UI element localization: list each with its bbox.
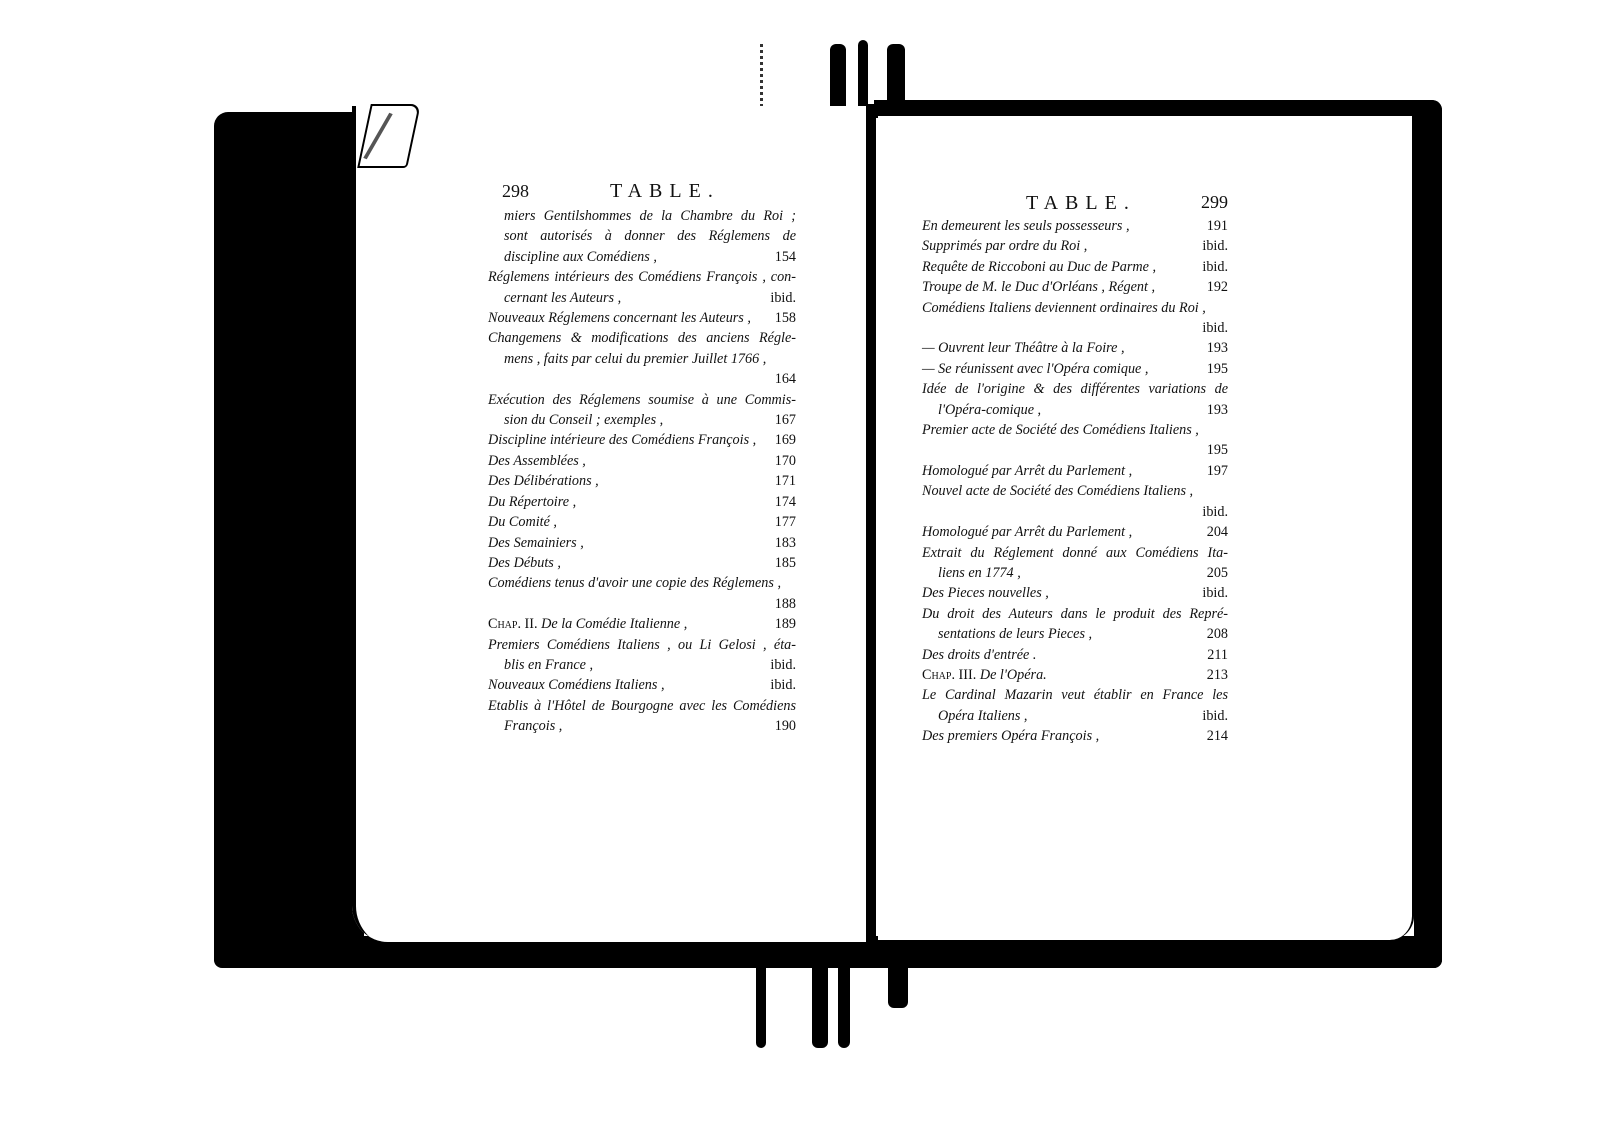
toc-page-number: ibid. — [770, 288, 796, 308]
toc-entry-text: Exécution des Réglemens soumise à une Co… — [488, 390, 796, 410]
toc-page-number: 174 — [775, 492, 796, 512]
toc-page-number: 205 — [1207, 563, 1228, 583]
toc-entry: Des Pieces nouvelles ,ibid. — [922, 583, 1228, 603]
toc-entry: Des Assemblées ,170 — [488, 451, 796, 471]
toc-page-number: ibid. — [1202, 257, 1228, 277]
toc-entry-text: Nouvel acte de Société des Comédiens Ita… — [922, 481, 1228, 501]
book-cover-right-edge — [1414, 100, 1442, 968]
toc-entry-text: Du droit des Auteurs dans le produit des… — [922, 604, 1228, 624]
ribbon-tab-top-3 — [887, 44, 905, 106]
chapter-label: Chap. III. — [922, 667, 980, 683]
toc-page-number: 167 — [775, 410, 796, 430]
toc-entry: Changemens & modifications des anciens R… — [488, 328, 796, 389]
right-table-of-contents: En demeurent les seuls possesseurs ,191S… — [922, 216, 1228, 747]
toc-entry-text: Chap. II. De la Comédie Italienne ,189 — [488, 614, 796, 634]
toc-entry-text: Nouveaux Réglemens concernant les Auteur… — [488, 308, 796, 328]
toc-entry-text: Du Répertoire ,174 — [488, 492, 796, 512]
toc-page-number: 191 — [1207, 216, 1228, 236]
toc-entry: Des Semainiers ,183 — [488, 533, 796, 553]
toc-entry: Comédiens Italiens deviennent ordinaires… — [922, 298, 1228, 339]
toc-page-number: 213 — [1207, 665, 1228, 685]
toc-entry: Des droits d'entrée .211 — [922, 645, 1228, 665]
toc-entry-text: Des premiers Opéra François ,214 — [922, 726, 1228, 746]
toc-page-number: 211 — [1207, 645, 1228, 665]
toc-entry-text: Homologué par Arrêt du Parlement ,204 — [922, 522, 1228, 542]
toc-entry-text: Extrait du Réglement donné aux Comédiens… — [922, 543, 1228, 563]
toc-entry-text: Des droits d'entrée .211 — [922, 645, 1228, 665]
book-gutter — [866, 104, 876, 952]
toc-page-number: 214 — [1207, 726, 1228, 746]
toc-entry-text: Chap. III. De l'Opéra.213 — [922, 665, 1228, 685]
toc-entry-text: Des Assemblées ,170 — [488, 451, 796, 471]
toc-entry: Des premiers Opéra François ,214 — [922, 726, 1228, 746]
toc-entry-text: — Se réunissent avec l'Opéra comique ,19… — [922, 359, 1228, 379]
toc-entry: Etablis à l'Hôtel de Bourgogne avec les … — [488, 696, 796, 737]
toc-page-number: 193 — [1207, 400, 1228, 420]
toc-entry: Supprimés par ordre du Roi ,ibid. — [922, 236, 1228, 256]
toc-page-number: 208 — [1207, 624, 1228, 644]
toc-entry: Nouveaux Réglemens concernant les Auteur… — [488, 308, 796, 328]
toc-entry-text: Des Délibérations ,171 — [488, 471, 796, 491]
toc-entry: Le Cardinal Mazarin veut établir en Fran… — [922, 685, 1228, 726]
toc-entry-text: Premier acte de Société des Comédiens It… — [922, 420, 1228, 440]
toc-page-number: ibid. — [1202, 583, 1228, 603]
toc-entry-text: François ,190 — [488, 716, 796, 736]
toc-entry-text: Idée de l'origine & des différentes vari… — [922, 379, 1228, 399]
toc-entry: En demeurent les seuls possesseurs ,191 — [922, 216, 1228, 236]
toc-entry-text: Homologué par Arrêt du Parlement ,197 — [922, 461, 1228, 481]
toc-page-number: 190 — [775, 716, 796, 736]
toc-entry-text: miers Gentilshommes de la Chambre du Roi… — [488, 206, 796, 226]
toc-page-number: 193 — [1207, 338, 1228, 358]
scan-artifact-dots — [760, 44, 763, 106]
toc-entry-text: sion du Conseil ; exemples ,167 — [488, 410, 796, 430]
toc-entry-text: Changemens & modifications des anciens R… — [488, 328, 796, 348]
toc-page-number: 192 — [1207, 277, 1228, 297]
toc-entry-text: — Ouvrent leur Théâtre à la Foire ,193 — [922, 338, 1228, 358]
toc-entry-text: Du Comité ,177 — [488, 512, 796, 532]
toc-page-number: ibid. — [922, 318, 1228, 338]
toc-entry-text: sentations de leurs Pieces ,208 — [922, 624, 1228, 644]
right-page-number: 299 — [1201, 192, 1228, 213]
toc-page-number: 154 — [775, 247, 796, 267]
toc-entry-text: Premiers Comédiens Italiens , ou Li Gelo… — [488, 635, 796, 655]
ribbon-tab-bottom-1 — [756, 968, 766, 1048]
left-page-number: 298 — [502, 181, 529, 201]
toc-page-number: 170 — [775, 451, 796, 471]
left-page-header: 298 TABLE. — [502, 180, 712, 203]
right-page-title: TABLE. — [1026, 192, 1136, 215]
toc-entry-text: Discipline intérieure des Comédiens Fran… — [488, 430, 796, 450]
toc-page-number: 204 — [1207, 522, 1228, 542]
chapter-label: Chap. II. — [488, 616, 541, 632]
toc-page-number: ibid. — [770, 675, 796, 695]
toc-entry-text: l'Opéra-comique ,193 — [922, 400, 1228, 420]
toc-entry: Homologué par Arrêt du Parlement ,204 — [922, 522, 1228, 542]
toc-page-number: 189 — [775, 614, 796, 634]
toc-entry: miers Gentilshommes de la Chambre du Roi… — [488, 206, 796, 267]
toc-entry-text: Des Pieces nouvelles ,ibid. — [922, 583, 1228, 603]
toc-page-number: 158 — [775, 308, 796, 328]
toc-page-number: 185 — [775, 553, 796, 573]
toc-entry-text: mens , faits par celui du premier Juille… — [488, 349, 796, 369]
toc-entry: Chap. III. De l'Opéra.213 — [922, 665, 1228, 685]
toc-entry: Requête de Riccoboni au Duc de Parme ,ib… — [922, 257, 1228, 277]
toc-page-number: 188 — [488, 594, 796, 614]
toc-entry: Premier acte de Société des Comédiens It… — [922, 420, 1228, 461]
toc-entry-text: Comédiens Italiens deviennent ordinaires… — [922, 298, 1228, 318]
toc-entry-text: Requête de Riccoboni au Duc de Parme ,ib… — [922, 257, 1228, 277]
toc-entry: Réglemens intérieurs des Comédiens Franç… — [488, 267, 796, 308]
toc-page-number: ibid. — [922, 502, 1228, 522]
book-cover-left-edge — [214, 112, 364, 967]
ribbon-tab-bottom-2 — [812, 968, 828, 1048]
left-table-of-contents: miers Gentilshommes de la Chambre du Roi… — [488, 206, 796, 737]
toc-entry: Du Répertoire ,174 — [488, 492, 796, 512]
toc-entry: Extrait du Réglement donné aux Comédiens… — [922, 543, 1228, 584]
toc-entry: — Ouvrent leur Théâtre à la Foire ,193 — [922, 338, 1228, 358]
toc-entry: Comédiens tenus d'avoir une copie des Ré… — [488, 573, 796, 614]
toc-entry: Du droit des Auteurs dans le produit des… — [922, 604, 1228, 645]
toc-page-number: 195 — [1207, 359, 1228, 379]
toc-entry-text: cernant les Auteurs ,ibid. — [488, 288, 796, 308]
toc-entry: Des Délibérations ,171 — [488, 471, 796, 491]
toc-page-number: ibid. — [1202, 236, 1228, 256]
toc-entry: Nouvel acte de Société des Comédiens Ita… — [922, 481, 1228, 522]
toc-entry: Homologué par Arrêt du Parlement ,197 — [922, 461, 1228, 481]
toc-entry-text: Des Débuts ,185 — [488, 553, 796, 573]
toc-entry-text: Troupe de M. le Duc d'Orléans , Régent ,… — [922, 277, 1228, 297]
toc-entry-text: blis en France ,ibid. — [488, 655, 796, 675]
toc-entry: Nouveaux Comédiens Italiens ,ibid. — [488, 675, 796, 695]
toc-page-number: 164 — [488, 369, 796, 389]
toc-entry: — Se réunissent avec l'Opéra comique ,19… — [922, 359, 1228, 379]
ribbon-tab-top-1 — [830, 44, 846, 106]
toc-entry: Chap. II. De la Comédie Italienne ,189 — [488, 614, 796, 634]
toc-entry: Idée de l'origine & des différentes vari… — [922, 379, 1228, 420]
toc-entry: Discipline intérieure des Comédiens Fran… — [488, 430, 796, 450]
toc-page-number: ibid. — [770, 655, 796, 675]
toc-entry-text: Supprimés par ordre du Roi ,ibid. — [922, 236, 1228, 256]
toc-entry-text: discipline aux Comédiens ,154 — [488, 247, 796, 267]
toc-entry-text: liens en 1774 ,205 — [922, 563, 1228, 583]
ribbon-tab-bottom-4 — [888, 968, 908, 1008]
toc-page-number: 169 — [775, 430, 796, 450]
ribbon-tab-top-2 — [858, 40, 868, 106]
toc-entry: Des Débuts ,185 — [488, 553, 796, 573]
toc-entry-text: Opéra Italiens ,ibid. — [922, 706, 1228, 726]
toc-entry-text: sont autorisés à donner des Réglemens de — [488, 226, 796, 246]
toc-page-number: 195 — [922, 440, 1228, 460]
toc-entry: Du Comité ,177 — [488, 512, 796, 532]
ribbon-tab-bottom-3 — [838, 968, 850, 1048]
toc-entry: Premiers Comédiens Italiens , ou Li Gelo… — [488, 635, 796, 676]
toc-page-number: ibid. — [1202, 706, 1228, 726]
toc-page-number: 183 — [775, 533, 796, 553]
toc-entry-text: Des Semainiers ,183 — [488, 533, 796, 553]
toc-entry-text: Réglemens intérieurs des Comédiens Franç… — [488, 267, 796, 287]
toc-page-number: 197 — [1207, 461, 1228, 481]
toc-entry-text: Etablis à l'Hôtel de Bourgogne avec les … — [488, 696, 796, 716]
toc-page-number: 171 — [775, 471, 796, 491]
toc-entry: Exécution des Réglemens soumise à une Co… — [488, 390, 796, 431]
toc-page-number: 177 — [775, 512, 796, 532]
toc-entry-text: Le Cardinal Mazarin veut établir en Fran… — [922, 685, 1228, 705]
toc-entry-text: Nouveaux Comédiens Italiens ,ibid. — [488, 675, 796, 695]
toc-entry-text: En demeurent les seuls possesseurs ,191 — [922, 216, 1228, 236]
toc-entry-text: Comédiens tenus d'avoir une copie des Ré… — [488, 573, 796, 593]
toc-entry: Troupe de M. le Duc d'Orléans , Régent ,… — [922, 277, 1228, 297]
left-page-title: TABLE. — [610, 180, 720, 203]
